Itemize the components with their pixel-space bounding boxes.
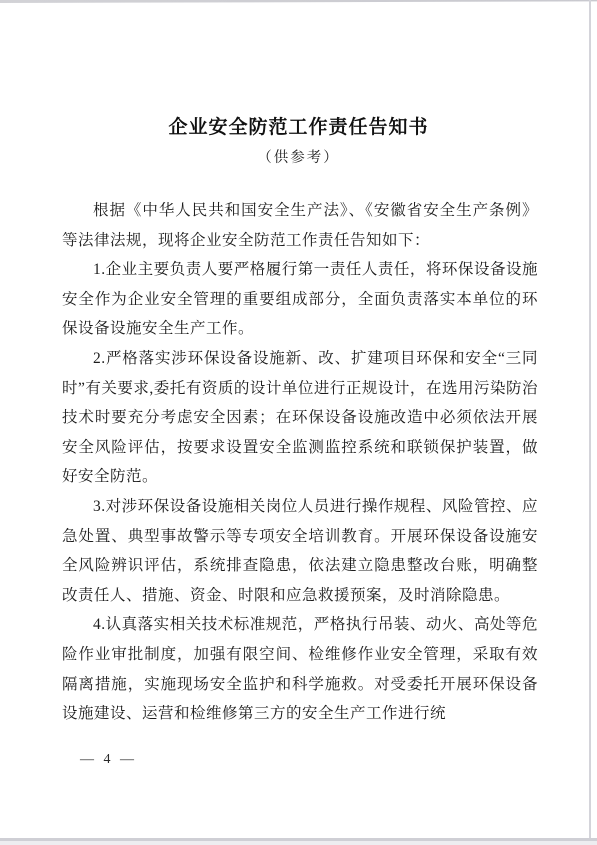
paragraph-item-4: 4.认真落实相关技术标准规范，严格执行吊装、动火、高处等危险作业审批制度，加强有… [62, 610, 538, 728]
paragraph-intro: 根据《中华人民共和国安全生产法》、《安徽省安全生产条例》等法律法规，现将企业安全… [62, 196, 538, 255]
page-number: — 4 — [80, 752, 137, 768]
paragraph-item-2: 2.严格落实涉环保设备设施新、改、扩建项目环保和安全“三同时”有关要求,委托有资… [62, 344, 538, 492]
document-title: 企业安全防范工作责任告知书 [0, 112, 597, 139]
paragraph-item-3: 3.对涉环保设备设施相关岗位人员进行操作规程、风险管控、应急处置、典型事故警示等… [62, 492, 538, 610]
document-body: 根据《中华人民共和国安全生产法》、《安徽省安全生产条例》等法律法规，现将企业安全… [62, 196, 538, 729]
scan-strip-below [0, 841, 597, 845]
paragraph-item-1: 1.企业主要负责人要严格履行第一责任人责任，将环保设备设施安全作为企业安全管理的… [62, 255, 538, 344]
scan-edge-top [0, 0, 597, 3]
document-subtitle: （供参考） [0, 146, 597, 167]
scanned-document-page: 企业安全防范工作责任告知书 （供参考） 根据《中华人民共和国安全生产法》、《安徽… [0, 0, 597, 845]
